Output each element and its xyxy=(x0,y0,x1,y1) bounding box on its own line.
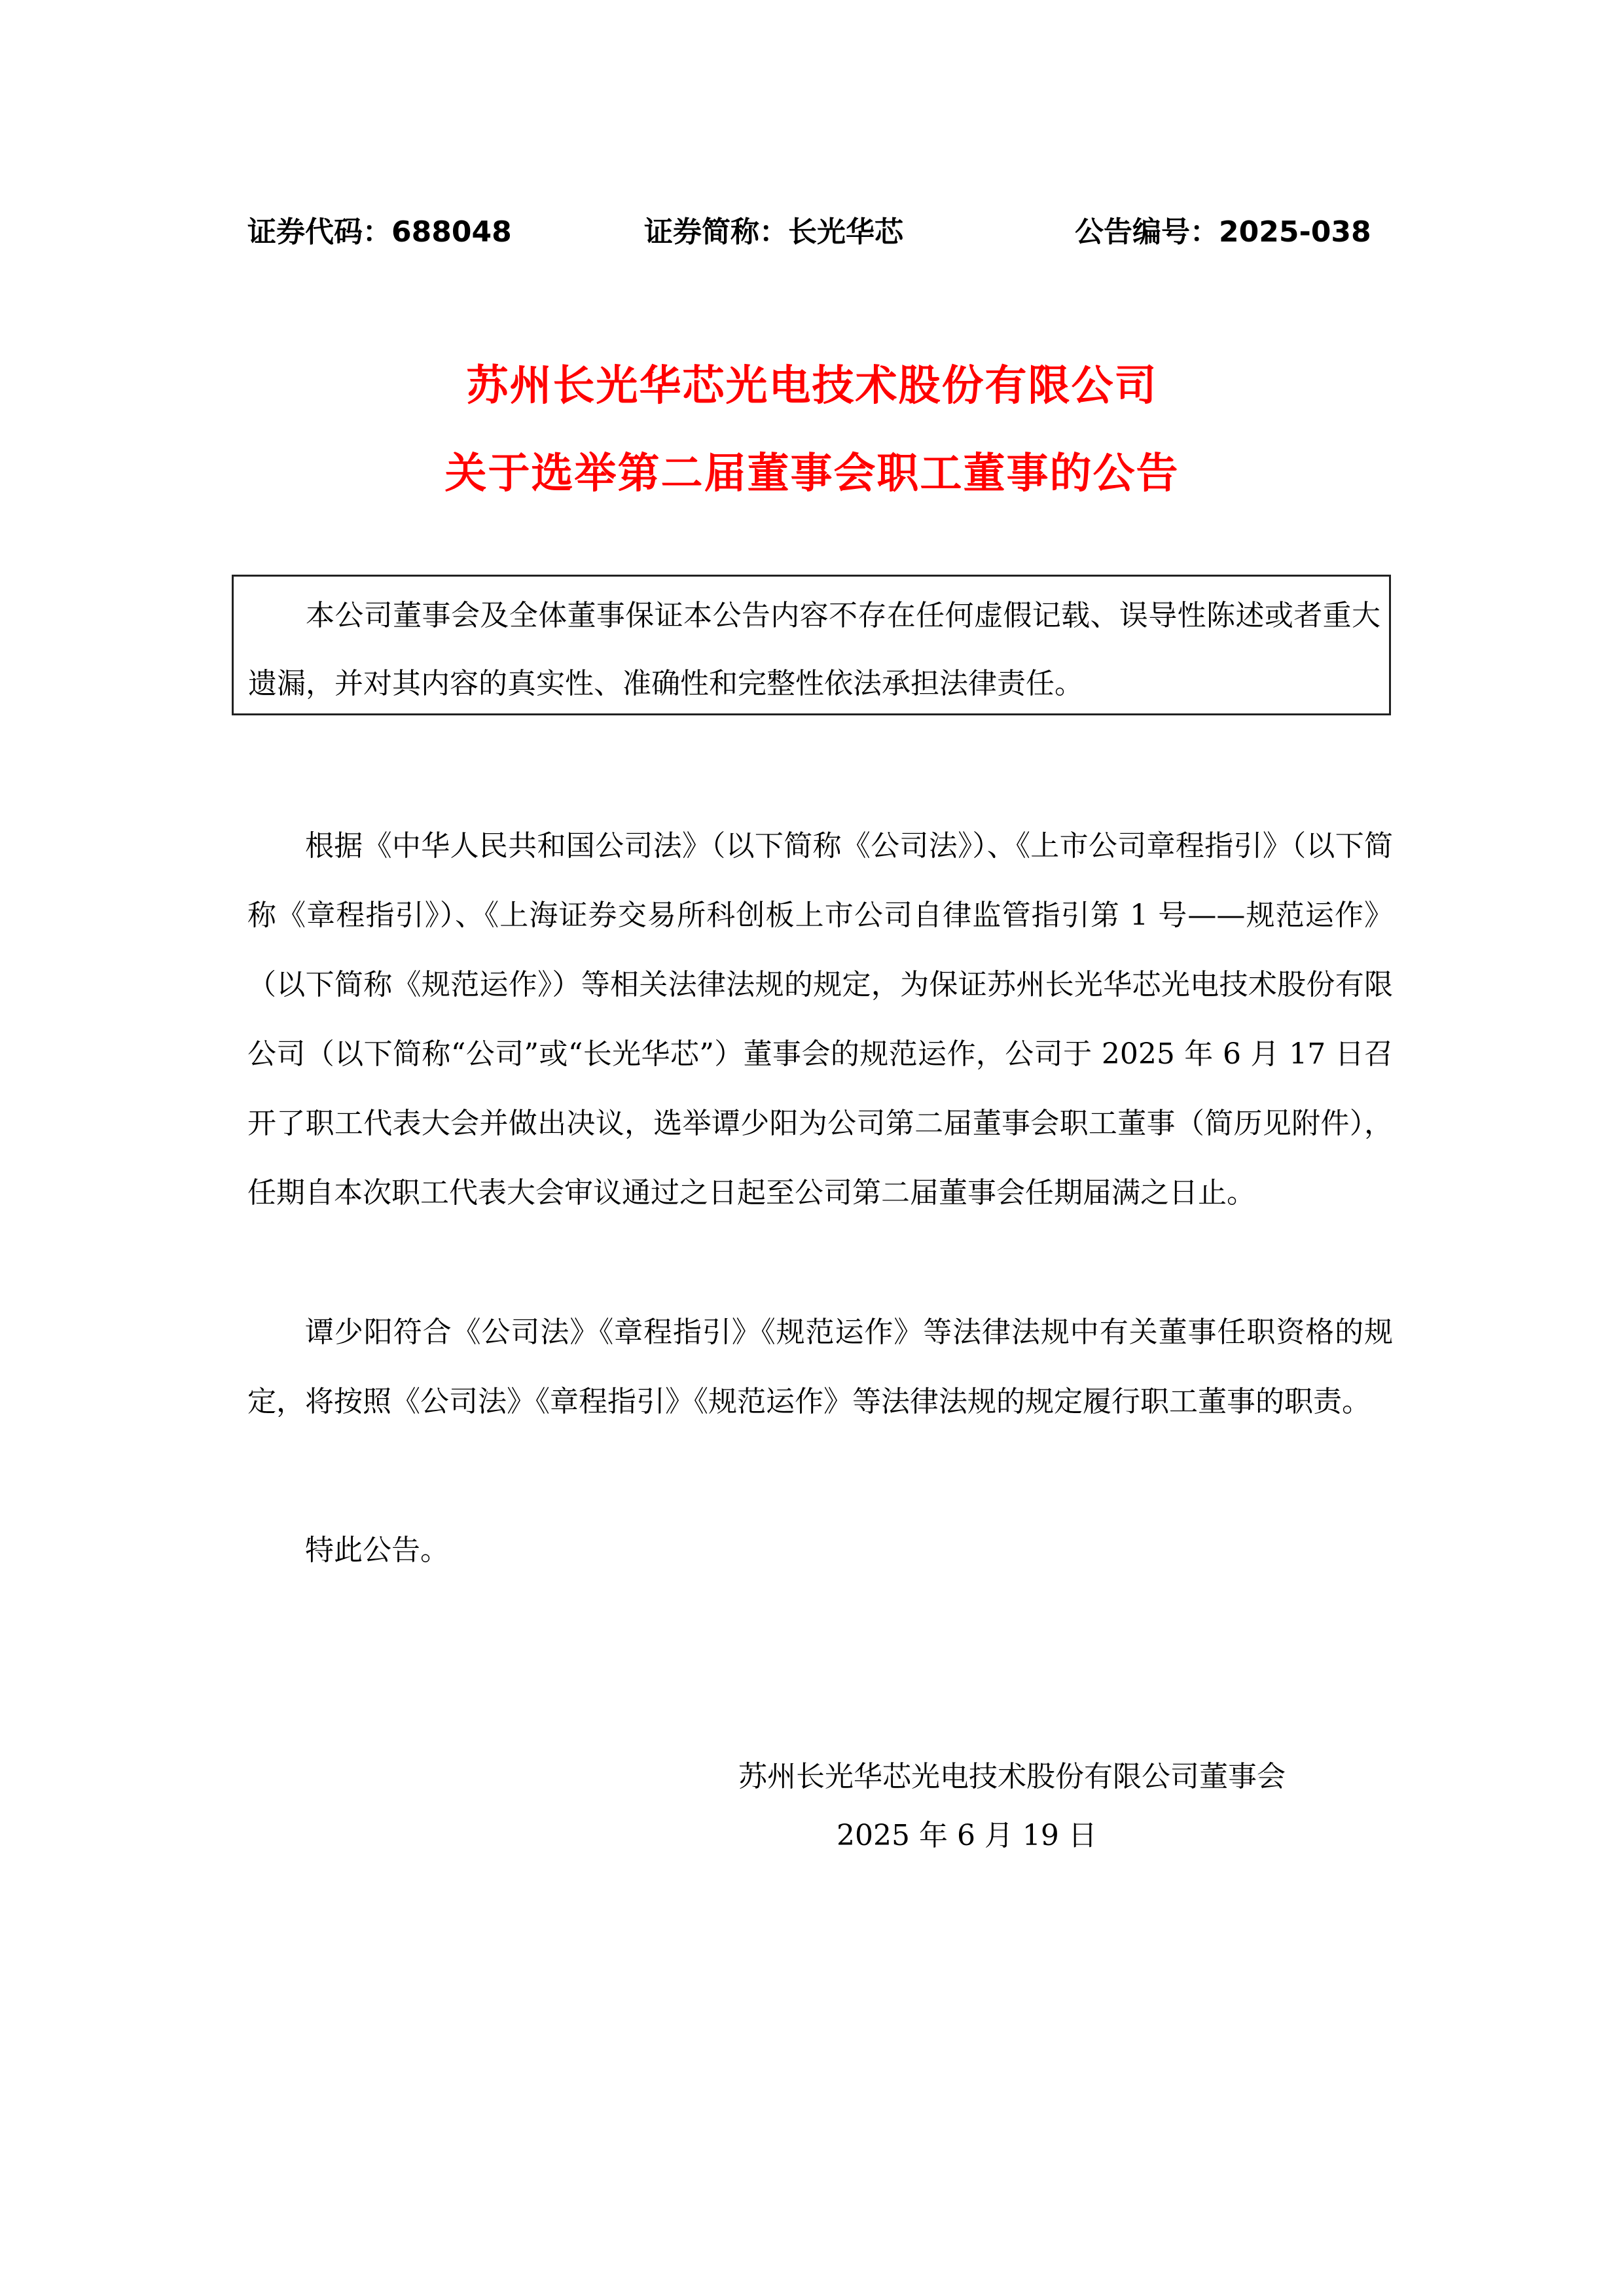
document-header: 证券代码：688048 证券简称：长光华芯 公告编号：2025-038 xyxy=(247,208,1399,254)
body-paragraph-1: 根据《中华人民共和国公司法》（以下简称《公司法》）、《上市公司章程指引》（以下简… xyxy=(247,812,1393,1228)
paragraph-text: 根据《中华人民共和国公司法》（以下简称《公司法》）、《上市公司章程指引》（以下简… xyxy=(247,812,1393,1228)
title-company: 苏州长光华芯光电技术股份有限公司 xyxy=(0,352,1624,412)
disclaimer-text: 本公司董事会及全体董事保证本公告内容不存在任何虚假记载、误导性陈述或者重大遗漏，… xyxy=(248,582,1380,718)
body-paragraph-2: 谭少阳符合《公司法》《章程指引》《规范运作》等法律法规中有关董事任职资格的规定，… xyxy=(247,1298,1393,1437)
security-code: 证券代码：688048 xyxy=(247,208,512,250)
security-abbreviation: 证券简称：长光华芯 xyxy=(644,208,903,250)
disclaimer-box: 本公司董事会及全体董事保证本公告内容不存在任何虚假记载、误导性陈述或者重大遗漏，… xyxy=(232,575,1391,715)
body-paragraph-3: 特此公告。 xyxy=(247,1516,1393,1585)
paragraph-text: 谭少阳符合《公司法》《章程指引》《规范运作》等法律法规中有关董事任职资格的规定，… xyxy=(247,1298,1393,1437)
announcement-number: 公告编号：2025-038 xyxy=(1075,208,1371,250)
title-subject: 关于选举第二届董事会职工董事的公告 xyxy=(0,440,1624,500)
signature-date: 2025 年 6 月 19 日 xyxy=(837,1812,1097,1854)
signature-organization: 苏州长光华芯光电技术股份有限公司董事会 xyxy=(738,1753,1286,1795)
paragraph-text: 特此公告。 xyxy=(247,1516,1393,1585)
